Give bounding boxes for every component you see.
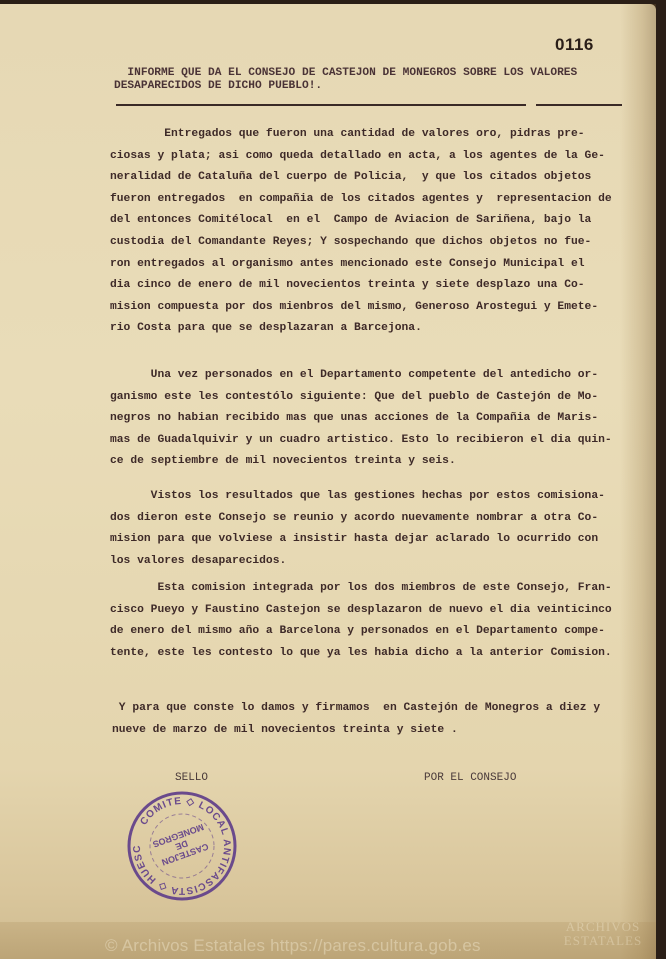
page-number: 0116	[555, 35, 594, 55]
paragraph-4: Esta comision integrada por los dos miem…	[110, 578, 640, 664]
title-underline	[116, 104, 526, 106]
paragraph-3: Vistos los resultados que las gestiones …	[110, 486, 640, 572]
seal-label: SELLO	[175, 772, 208, 784]
council-signature-label: POR EL CONSEJO	[424, 772, 516, 784]
rubber-stamp-icon: COMITE ◇ LOCAL ANTIFASCISTA ◇ HUESCA CAS…	[126, 790, 238, 902]
paragraph-1: Entregados que fueron una cantidad de va…	[110, 124, 640, 340]
archive-watermark: © Archivos Estatales https://pares.cultu…	[105, 936, 481, 956]
closing-paragraph: Y para que conste lo damos y firmamos en…	[112, 698, 642, 741]
document-title: INFORME QUE DA EL CONSEJO DE CASTEJON DE…	[114, 67, 634, 93]
title-underline-short	[536, 104, 622, 106]
archive-logo: ARCHIVOS ESTATALES	[558, 920, 648, 948]
document-page: 0116 INFORME QUE DA EL CONSEJO DE CASTEJ…	[0, 4, 656, 959]
paragraph-2: Una vez personados en el Departamento co…	[110, 365, 640, 473]
archive-logo-line-2: ESTATALES	[558, 934, 648, 948]
archive-logo-line-1: ARCHIVOS	[558, 920, 648, 934]
